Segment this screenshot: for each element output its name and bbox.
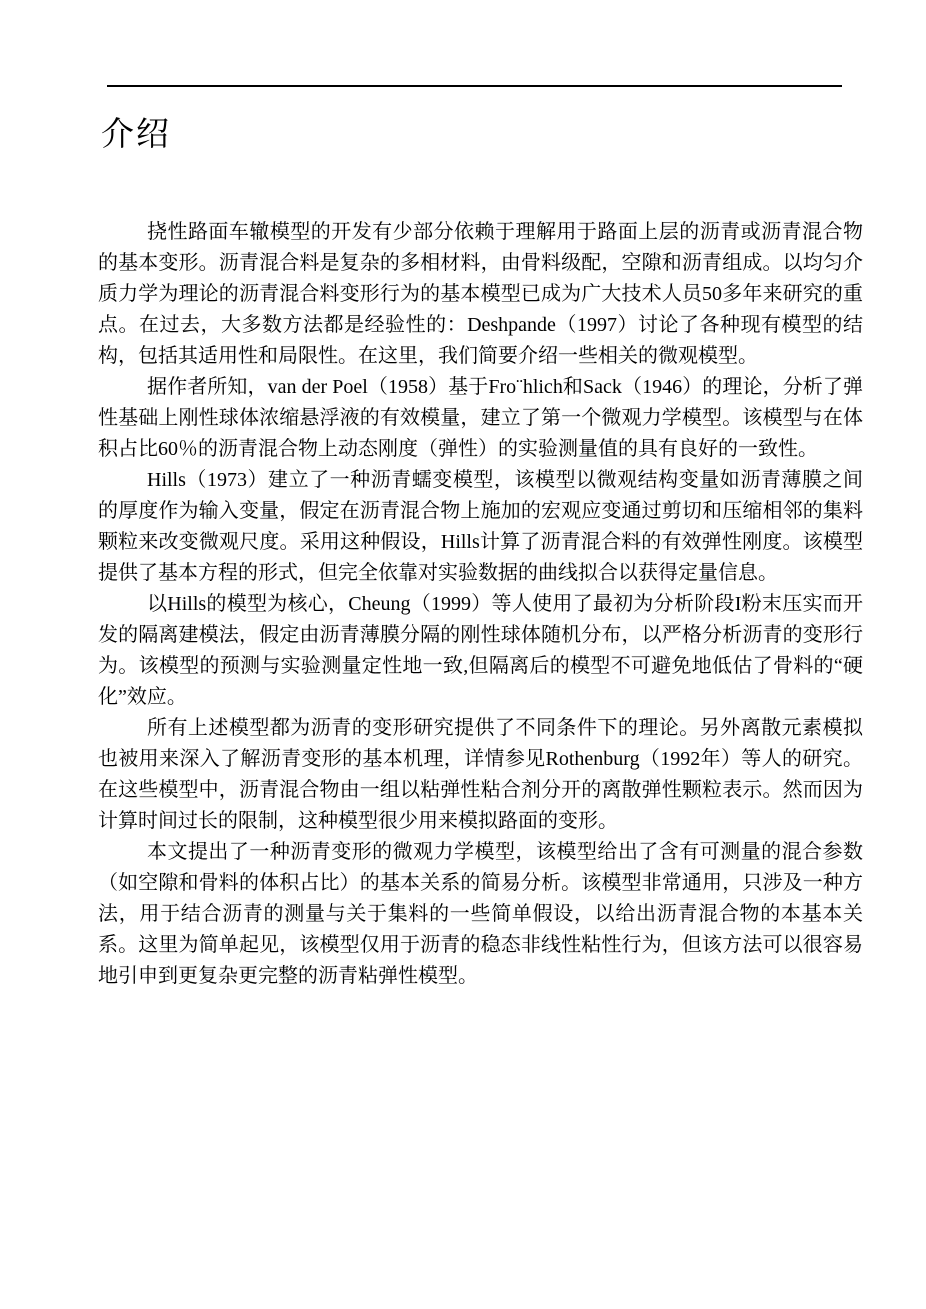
document-page: 介绍 挠性路面车辙模型的开发有少部分依赖于理解用于路面上层的沥青或沥青混合物的基… <box>0 0 926 1309</box>
section-heading: 介绍 <box>101 112 171 156</box>
document-body: 挠性路面车辙模型的开发有少部分依赖于理解用于路面上层的沥青或沥青混合物的基本变形… <box>98 217 863 992</box>
paragraph: 挠性路面车辙模型的开发有少部分依赖于理解用于路面上层的沥青或沥青混合物的基本变形… <box>98 217 863 372</box>
paragraph: Hills（1973）建立了一种沥青蠕变模型，该模型以微观结构变量如沥青薄膜之间… <box>98 465 863 589</box>
header-rule <box>107 85 842 87</box>
paragraph: 据作者所知，van der Poel（1958）基于Fro¨hlich和Sack… <box>98 372 863 465</box>
paragraph: 所有上述模型都为沥青的变形研究提供了不同条件下的理论。另外离散元素模拟也被用来深… <box>98 713 863 837</box>
paragraph: 以Hills的模型为核心，Cheung（1999）等人使用了最初为分析阶段I粉末… <box>98 589 863 713</box>
paragraph: 本文提出了一种沥青变形的微观力学模型，该模型给出了含有可测量的混合参数（如空隙和… <box>98 837 863 992</box>
